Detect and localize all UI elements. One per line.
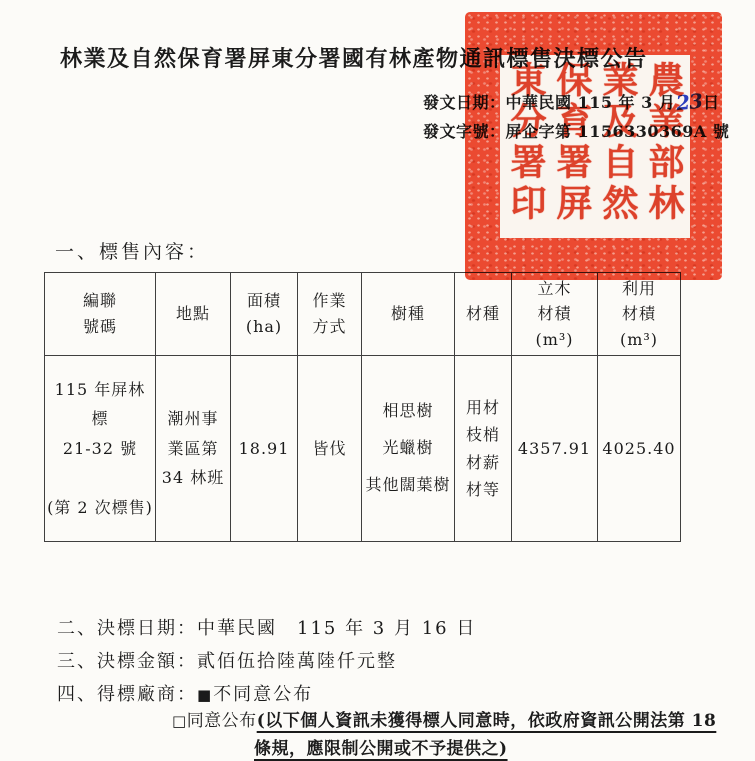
seal-script-column-3: 保育署屏 (554, 61, 590, 232)
privacy-note-line1: (以下個人資訊未獲得標人同意時，依政府資訊公開法第 18 (257, 711, 717, 731)
award-amount-line: 三、決標金額：貳佰伍拾陸萬陸仟元整 (57, 647, 397, 673)
header-area: 面積 (ha) (231, 273, 298, 356)
section-1-heading: 一、標售內容： (55, 237, 209, 264)
cell-standing-volume: 4357.91 (512, 356, 598, 542)
cell-location: 潮州事 業區第 34 林班 (156, 356, 231, 542)
winning-bidder-prefix: 四、得標廠商： (57, 684, 197, 705)
header-usable-volume: 利用 材積 (m³) (598, 273, 681, 356)
privacy-note-line2: 條規，應限制公開或不予提供之) (254, 734, 508, 759)
cell-usable-volume: 4025.40 (598, 356, 681, 542)
table-header-row: 編聯 號碼 地點 面積 (ha) 作業 方式 樹種 材種 立木 材積 (m³) … (45, 273, 681, 356)
header-location: 地點 (156, 273, 231, 356)
checkbox-empty-icon: □ (172, 712, 187, 730)
agree-publish-line: □同意公布(以下個人資訊未獲得標人同意時，依政府資訊公開法第 18 (172, 706, 716, 731)
cell-area: 18.91 (231, 356, 298, 542)
cell-material-type: 用材 枝梢 材薪 材等 (455, 356, 512, 542)
cell-lot-number: 115 年屏林標 21-32 號 (第 2 次標售) (45, 356, 156, 542)
table-row: 115 年屏林標 21-32 號 (第 2 次標售) 潮州事 業區第 34 林班… (45, 356, 681, 542)
seal-script-column-4: 東分署印 (508, 61, 544, 232)
header-operation-method: 作業 方式 (298, 273, 362, 356)
official-seal-stamp: 農業部林 業及自然 保育署屏 東分署印 (465, 12, 722, 280)
checkbox-filled-icon: ■ (197, 686, 213, 704)
header-lot-number: 編聯 號碼 (45, 273, 156, 356)
seal-inner-square: 農業部林 業及自然 保育署屏 東分署印 (500, 55, 690, 238)
agree-publish-label: 同意公布 (187, 711, 257, 731)
cell-tree-species: 相思樹 光蠟樹 其他闊葉樹 (362, 356, 455, 542)
disagree-publish-label: 不同意公布 (213, 684, 313, 705)
cell-operation-method: 皆伐 (298, 356, 362, 542)
header-standing-volume: 立木 材積 (m³) (512, 273, 598, 356)
sale-content-table: 編聯 號碼 地點 面積 (ha) 作業 方式 樹種 材種 立木 材積 (m³) … (44, 272, 681, 542)
header-material-type: 材種 (455, 273, 512, 356)
seal-script-column-2: 業及自然 (600, 61, 636, 232)
document-page: 林業及自然保育署屏東分署國有林產物通訊標售決標公告 發文日期：中華民國 115 … (0, 0, 755, 761)
winning-bidder-line: 四、得標廠商：■不同意公布 (57, 680, 313, 706)
award-date-line: 二、決標日期：中華民國 115 年 3 月 16 日 (57, 614, 476, 640)
seal-script-column-1: 農業部林 (646, 61, 682, 232)
header-tree-species: 樹種 (362, 273, 455, 356)
